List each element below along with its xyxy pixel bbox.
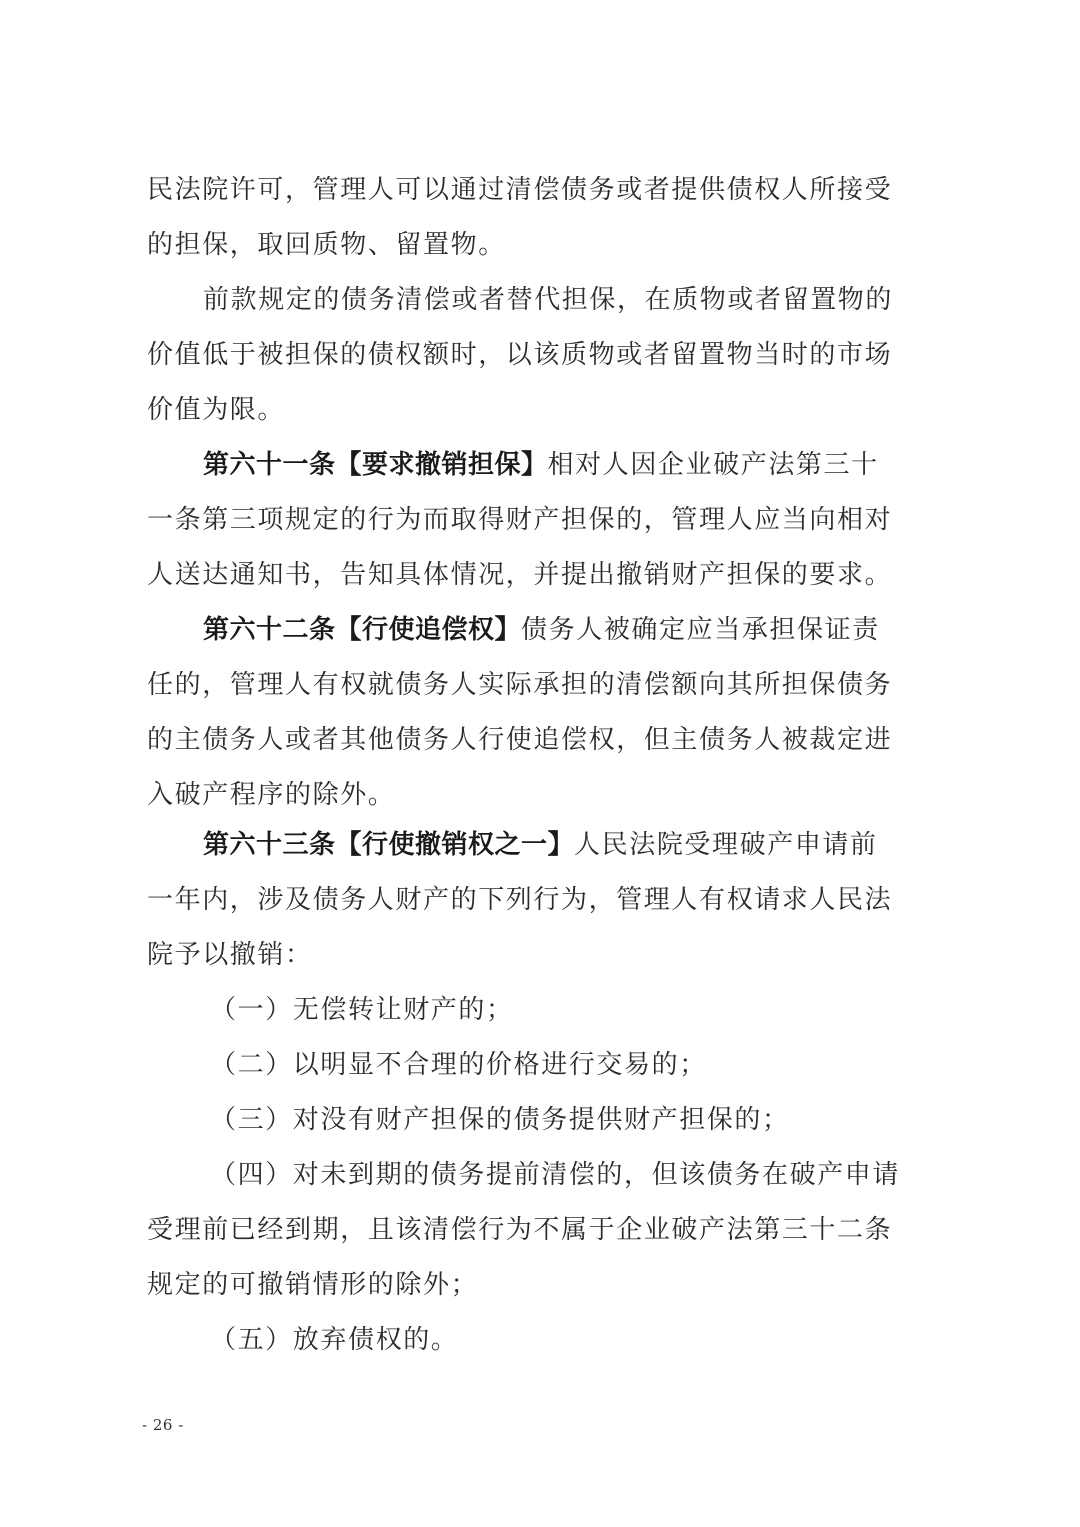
article-text: 债务人被确定应当承担保证责 [521,615,880,645]
article-heading: 第六十二条【行使追偿权】 [203,615,521,645]
paragraph-line: 价值为限。 [147,390,927,430]
paragraph-line: 任的，管理人有权就债务人实际承担的清偿额向其所担保债务 [147,665,927,705]
paragraph-line: 的主债务人或者其他债务人行使追偿权，但主债务人被裁定进 [147,720,927,760]
article-heading: 第六十三条【行使撤销权之一】 [203,830,574,860]
list-item-4: （四）对未到期的债务提前清偿的，但该债务在破产申请 [210,1155,990,1195]
article-text: 相对人因企业破产法第三十 [548,450,879,480]
paragraph-line: 民法院许可，管理人可以通过清偿债务或者提供债权人所接受 [147,170,927,210]
paragraph-line: 入破产程序的除外。 [147,775,927,815]
article-text: 人民法院受理破产申请前 [574,830,878,860]
list-item-3: （三）对没有财产担保的债务提供财产担保的； [210,1100,990,1140]
document-page: 民法院许可，管理人可以通过清偿债务或者提供债权人所接受 的担保，取回质物、留置物… [0,0,1080,1527]
page-number: - 26 - [142,1416,184,1434]
paragraph-line: 一条第三项规定的行为而取得财产担保的，管理人应当向相对 [147,500,927,540]
article-heading: 第六十一条【要求撤销担保】 [203,450,548,480]
article-61-first-line: 第六十一条【要求撤销担保】相对人因企业破产法第三十 [203,445,983,485]
list-item-1: （一）无偿转让财产的； [210,990,990,1030]
article-62-first-line: 第六十二条【行使追偿权】债务人被确定应当承担保证责 [203,610,983,650]
list-item-2: （二）以明显不合理的价格进行交易的； [210,1045,990,1085]
paragraph-line: 的担保，取回质物、留置物。 [147,225,927,265]
paragraph-line: 规定的可撤销情形的除外； [147,1265,927,1305]
paragraph-line: 价值低于被担保的债权额时，以该质物或者留置物当时的市场 [147,335,927,375]
paragraph-line: 院予以撤销： [147,935,927,975]
paragraph-line: 人送达通知书，告知具体情况，并提出撤销财产担保的要求。 [147,555,927,595]
list-item-5: （五）放弃债权的。 [210,1320,990,1360]
article-63-first-line: 第六十三条【行使撤销权之一】人民法院受理破产申请前 [203,825,983,865]
paragraph-line: 受理前已经到期，且该清偿行为不属于企业破产法第三十二条 [147,1210,927,1250]
paragraph-line: 一年内，涉及债务人财产的下列行为，管理人有权请求人民法 [147,880,927,920]
paragraph-line: 前款规定的债务清偿或者替代担保，在质物或者留置物的 [203,280,983,320]
